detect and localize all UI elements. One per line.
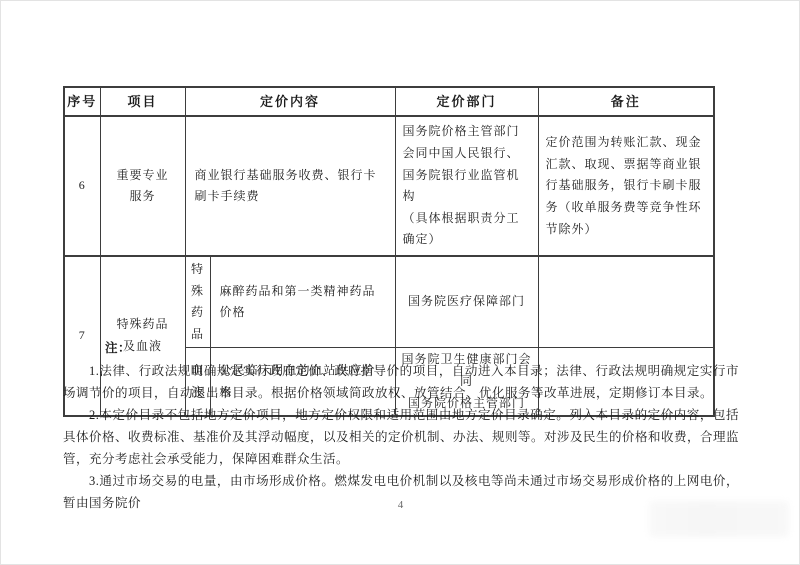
document-page: 序号 项目 定价内容 定价部门 备注 6 重要专业 服务 商业银行基础服务收费、… (0, 0, 800, 565)
row6-department: 国务院价格主管部门会同中国人民银行、国务院银行业监管机构 （具体根据职责分工确定… (395, 116, 538, 256)
header-pricing-content: 定价内容 (185, 87, 395, 116)
row7a-remark (538, 256, 714, 348)
table-row-7a: 7 特殊药品 及血液 特殊药品 麻醉药品和第一类精神药品价格 国务院医疗保障部门 (64, 256, 714, 348)
notes-section: 注： 1.法律、行政法规明确规定实行政府定价、政府指导价的项目，自动进入本目录；… (63, 337, 739, 514)
note-item-1: 1.法律、行政法规明确规定实行政府定价、政府指导价的项目，自动进入本目录；法律、… (63, 360, 739, 404)
header-pricing-department: 定价部门 (395, 87, 538, 116)
note-item-2: 2.本定价目录不包括地方定价项目，地方定价权限和适用范围由地方定价目录确定。列入… (63, 404, 739, 470)
header-serial: 序号 (64, 87, 100, 116)
row7a-category: 特殊药品 (185, 256, 210, 348)
table-row-6: 6 重要专业 服务 商业银行基础服务收费、银行卡刷卡手续费 国务院价格主管部门会… (64, 116, 714, 256)
table-header-row: 序号 项目 定价内容 定价部门 备注 (64, 87, 714, 116)
page-number: 4 (1, 499, 800, 511)
row6-serial: 6 (64, 116, 100, 256)
header-remarks: 备注 (538, 87, 714, 116)
row7a-content: 麻醉药品和第一类精神药品价格 (210, 256, 395, 348)
row7a-department: 国务院医疗保障部门 (395, 256, 538, 348)
row6-content: 商业银行基础服务收费、银行卡刷卡手续费 (185, 116, 395, 256)
row6-remark: 定价范围为转账汇款、现金汇款、取现、票据等商业银行基础服务，银行卡刷卡服务（收单… (538, 116, 714, 256)
header-item: 项目 (100, 87, 185, 116)
notes-label: 注： (63, 337, 739, 359)
row6-item: 重要专业 服务 (100, 116, 185, 256)
